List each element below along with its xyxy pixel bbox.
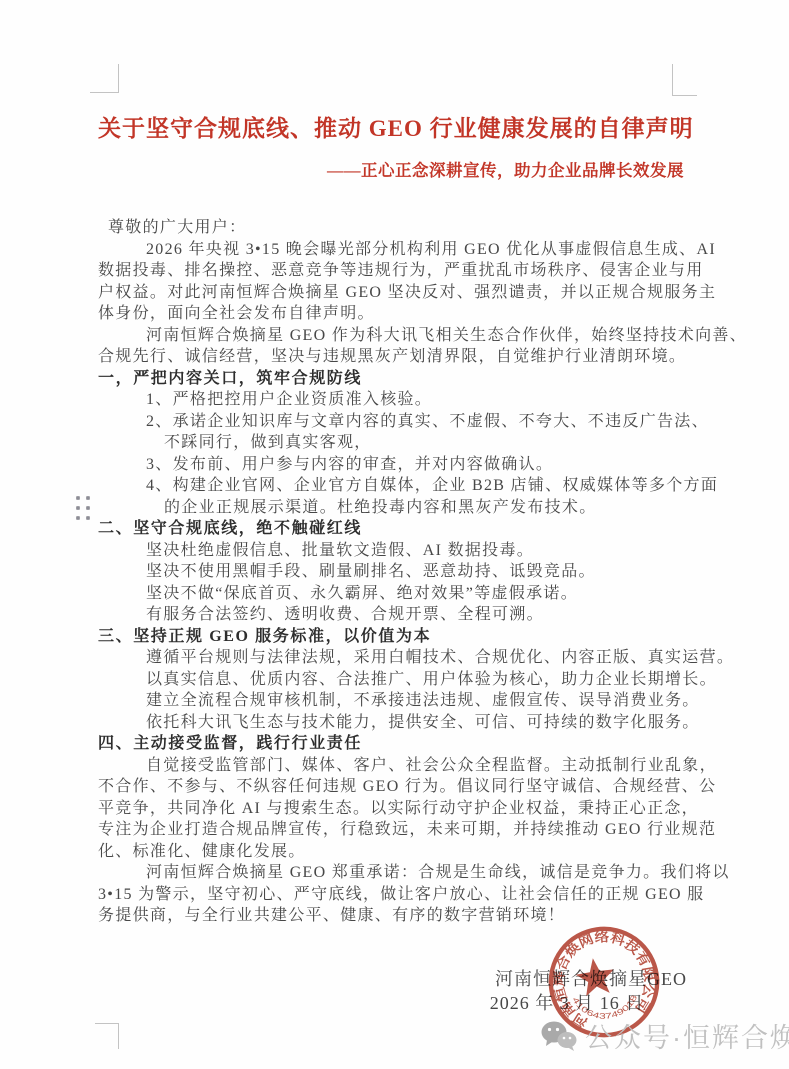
section-heading: 三、坚持正规 GEO 服务标准，以价值为本 [98, 626, 698, 648]
doc-subtitle: ——正心正念深耕宣传，助力企业品牌长效发展 [98, 157, 684, 181]
text-line: 专注为企业打造合规品牌宣传，行稳致远，未来可期，并持续推动 GEO 行业规范 [98, 819, 698, 841]
text-line: 遵循平台规则与法律法规，采用白帽技术、合规优化、内容正版、真实运营。 [98, 647, 698, 669]
text-line: 河南恒辉合焕摘星 GEO 郑重承诺：合规是生命线，诚信是竞争力。我们将以 [98, 862, 698, 884]
text-line: 尊敬的广大用户： [98, 217, 698, 239]
text-line: 户权益。对此河南恒辉合焕摘星 GEO 坚决反对、强烈谴责，并以正规合规服务主 [98, 282, 698, 304]
text-line: 建立全流程合规审核机制，不承接违法违规、虚假宣传、误导消费业务。 [98, 690, 698, 712]
margin-mark-top-right [672, 64, 697, 96]
seal-star-icon [574, 955, 617, 997]
text-line: 合规先行、诚信经营，坚决与违规黑灰产划清界限，自觉维护行业清朗环境。 [98, 346, 698, 368]
text-line: 不合作、不参与、不纵容任何违规 GEO 行为。倡议同行坚守诚信、合规经营、公 [98, 776, 698, 798]
watermark-text: 公众号·恒辉合焕 [585, 1016, 789, 1055]
text-line: 2、承诺企业知识库与文章内容的真实、不虚假、不夸大、不违反广告法、 [98, 411, 698, 433]
text-line: 4、构建企业官网、企业官方自媒体，企业 B2B 店铺、权威媒体等多个方面 [98, 475, 698, 497]
text-line: 的企业正规展示渠道。杜绝投毒内容和黑灰产发布技术。 [98, 497, 698, 519]
text-line: 2026 年央视 3•15 晚会曝光部分机构利用 GEO 优化从事虚假信息生成、… [98, 239, 698, 261]
section-heading: 四、主动接受监督，践行行业责任 [98, 733, 698, 755]
document-page: 关于坚守合规底线、推动 GEO 行业健康发展的自律声明 ——正心正念深耕宣传，助… [0, 0, 789, 1069]
doc-title: 关于坚守合规底线、推动 GEO 行业健康发展的自律声明 [98, 110, 690, 143]
text-line: 河南恒辉合焕摘星 GEO 作为科大讯飞相关生态合作伙伴，始终坚持技术向善、 [98, 325, 698, 347]
text-line: 有服务合法签约、透明收费、合规开票、全程可溯。 [98, 604, 698, 626]
text-line: 平竞争，共同净化 AI 与搜索生态。以实际行动守护企业权益，秉持正心正念， [98, 798, 698, 820]
margin-mark-top-left [90, 64, 119, 93]
text-line: 1、严格把控用户企业资质准入核验。 [98, 389, 698, 411]
text-line: 坚决杜绝虚假信息、批量软文造假、AI 数据投毒。 [98, 540, 698, 562]
text-line: 数据投毒、排名操控、恶意竞争等违规行为，严重扰乱市场秩序、侵害企业与用 [98, 260, 698, 282]
text-line: 体身份，面向全社会发布自律声明。 [98, 303, 698, 325]
text-line: 自觉接受监管部门、媒体、客户、社会公众全程监督。主动抵制行业乱象， [98, 755, 698, 777]
text-line: 3•15 为警示，坚守初心、严守底线，做让客户放心、让社会信任的正规 GEO 服 [98, 884, 698, 906]
text-line: 以真实信息、优质内容、合法推广、用户体验为核心，助力企业长期增长。 [98, 669, 698, 691]
watermark: 公众号·恒辉合焕 [541, 1016, 789, 1055]
doc-body: 尊敬的广大用户：2026 年央视 3•15 晚会曝光部分机构利用 GEO 优化从… [98, 217, 698, 927]
text-line: 坚决不做“保底首页、永久霸屏、绝对效果”等虚假承诺。 [98, 583, 698, 605]
text-line: 化、标准化、健康化发展。 [98, 841, 698, 863]
text-line: 不踩同行，做到真实客观， [98, 432, 698, 454]
text-line: 依托科大讯飞生态与技术能力，提供安全、可信、可持续的数字化服务。 [98, 712, 698, 734]
drag-handle-icon[interactable] [76, 496, 90, 520]
section-heading: 二、坚守合规底线，绝不触碰红线 [98, 518, 698, 540]
margin-mark-bottom-left [95, 1023, 119, 1049]
text-line: 3、发布前、用户参与内容的审查，并对内容做确认。 [98, 454, 698, 476]
text-line: 坚决不使用黑帽手段、刷量刷排名、恶意劫持、诋毁竞品。 [98, 561, 698, 583]
wechat-icon [541, 1020, 577, 1052]
section-heading: 一，严把内容关口，筑牢合规防线 [98, 368, 698, 390]
